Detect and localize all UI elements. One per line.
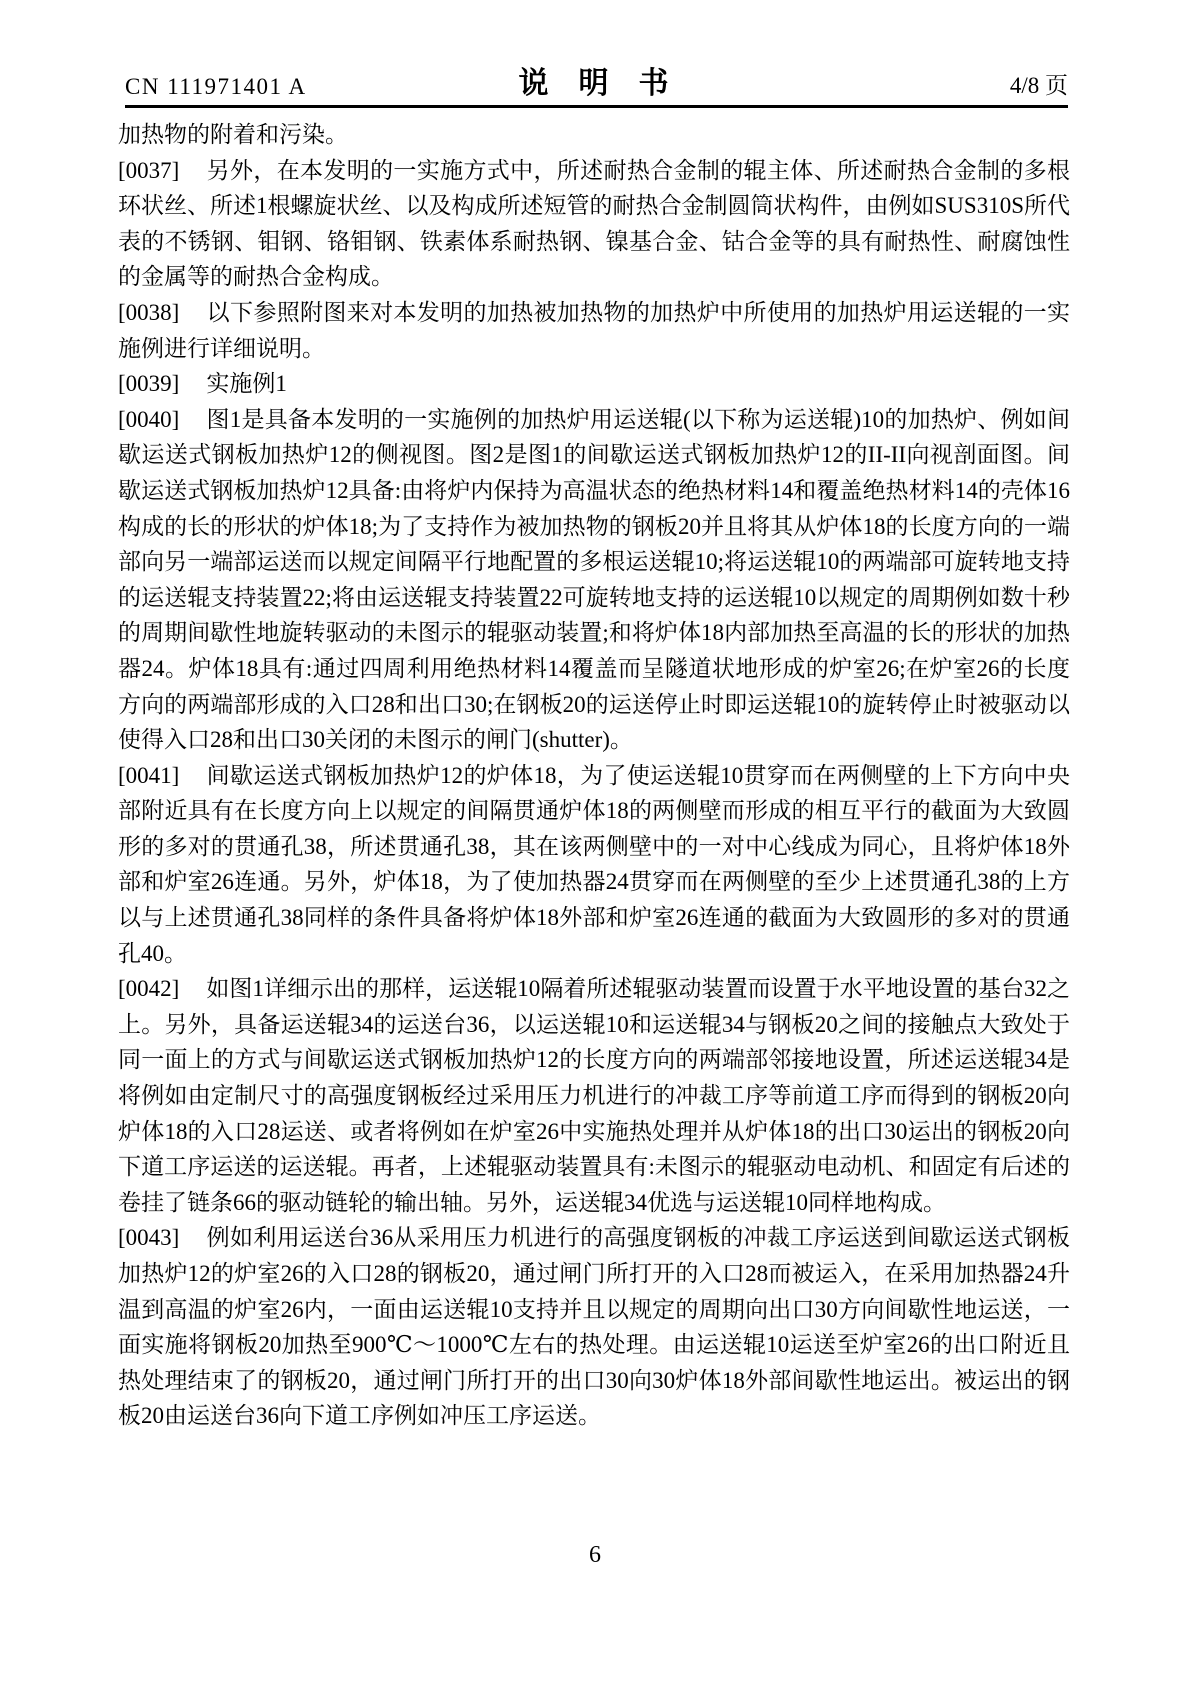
- continuation-line: 加热物的附着和污染。: [118, 117, 1070, 153]
- paragraph-number: [0041]: [118, 758, 179, 794]
- paragraph-0040: [0040]图1是具备本发明的一实施例的加热炉用运送辊(以下称为运送辊)10的加…: [118, 402, 1070, 758]
- paragraph-number: [0040]: [118, 402, 179, 438]
- paragraph-text: 实施例1: [206, 371, 287, 396]
- paragraph-number: [0038]: [118, 295, 179, 331]
- footer-page-number: 6: [589, 1542, 601, 1568]
- paragraph-text: 图1是具备本发明的一实施例的加热炉用运送辊(以下称为运送辊)10的加热炉、例如间…: [118, 407, 1070, 752]
- continuation-text: 加热物的附着和污染。: [118, 122, 348, 147]
- document-number: CN 111971401 A: [125, 74, 307, 100]
- patent-document-page: CN 111971401 A 说 明 书 4/8 页 加热物的附着和污染。 [0…: [0, 0, 1190, 1684]
- paragraph-0043: [0043]例如利用运送台36从采用压力机进行的高强度钢板的冲裁工序运送到间歇运…: [118, 1220, 1070, 1434]
- paragraph-number: [0043]: [118, 1220, 179, 1256]
- paragraph-number: [0042]: [118, 971, 179, 1007]
- paragraph-0038: [0038]以下参照附图来对本发明的加热被加热物的加热炉中所使用的加热炉用运送辊…: [118, 295, 1070, 366]
- paragraph-text: 例如利用运送台36从采用压力机进行的高强度钢板的冲裁工序运送到间歇运送式钢板加热…: [118, 1225, 1070, 1428]
- paragraph-text: 如图1详细示出的那样，运送辊10隔着所述辊驱动装置而设置于水平地设置的基台32之…: [118, 976, 1070, 1215]
- page-indicator: 4/8 页: [1010, 67, 1068, 100]
- paragraph-0042: [0042]如图1详细示出的那样，运送辊10隔着所述辊驱动装置而设置于水平地设置…: [118, 971, 1070, 1220]
- paragraph-text: 以下参照附图来对本发明的加热被加热物的加热炉中所使用的加热炉用运送辊的一实施例进…: [118, 300, 1070, 361]
- paragraph-text: 另外，在本发明的一实施方式中，所述耐热合金制的辊主体、所述耐热合金制的多根环状丝…: [118, 158, 1070, 290]
- paragraph-number: [0037]: [118, 153, 179, 189]
- paragraph-number: [0039]: [118, 366, 179, 402]
- paragraph-0037: [0037]另外，在本发明的一实施方式中，所述耐热合金制的辊主体、所述耐热合金制…: [118, 153, 1070, 295]
- paragraph-0039: [0039]实施例1: [118, 366, 1070, 402]
- specification-body: 加热物的附着和污染。 [0037]另外，在本发明的一实施方式中，所述耐热合金制的…: [118, 117, 1070, 1434]
- paragraph-0041: [0041]间歇运送式钢板加热炉12的炉体18，为了使运送辊10贯穿而在两侧壁的…: [118, 758, 1070, 972]
- document-title: 说 明 书: [519, 58, 669, 102]
- page-footer: 6: [0, 1542, 1190, 1569]
- header-divider-rule: [125, 105, 1068, 108]
- page-header: CN 111971401 A 说 明 书 4/8 页: [125, 62, 1068, 104]
- paragraph-text: 间歇运送式钢板加热炉12的炉体18，为了使运送辊10贯穿而在两侧壁的上下方向中央…: [118, 763, 1070, 966]
